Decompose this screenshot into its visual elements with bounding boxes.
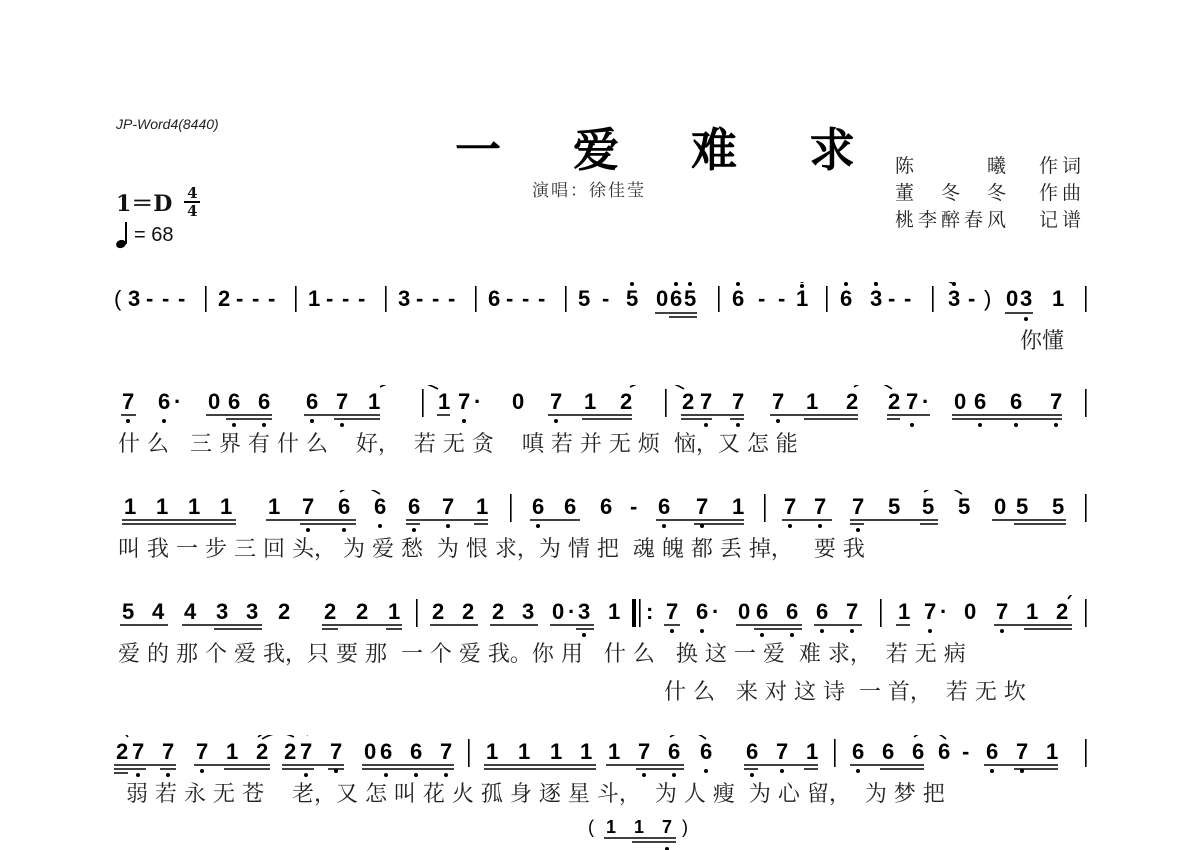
credit-role: 作曲 [1039,180,1085,207]
svg-text:-: - [758,286,765,311]
svg-text:5: 5 [684,286,696,311]
svg-text:5: 5 [626,286,638,311]
svg-text:-: - [888,286,895,311]
svg-text:-: - [236,286,243,311]
svg-text:(: ( [588,817,594,837]
svg-text:7: 7 [440,739,452,764]
svg-text:6: 6 [410,739,422,764]
svg-text:7: 7 [1050,389,1062,414]
svg-text:6: 6 [668,739,680,764]
svg-text:7: 7 [852,494,864,519]
svg-text:2: 2 [116,739,128,764]
svg-text:7: 7 [732,389,744,414]
credit-name: 桃李醉春风 [895,207,1010,234]
svg-text:1: 1 [584,389,596,414]
svg-text:): ) [984,286,991,311]
lyric-line-1: 你懂 [1020,324,1064,355]
svg-text:-: - [326,286,333,311]
svg-text:1: 1 [806,739,818,764]
svg-text:1: 1 [806,389,818,414]
svg-text:6: 6 [700,739,712,764]
svg-text:0: 0 [208,389,220,414]
svg-text:6: 6 [732,286,744,311]
svg-text:3: 3 [578,599,590,624]
svg-text:3: 3 [948,286,960,311]
svg-text:1: 1 [634,817,644,837]
svg-text:7: 7 [772,389,784,414]
svg-text:0: 0 [964,599,976,624]
lyric-line-4-verse-2: 什 么 来 对 这 诗 一 首， 若 无 坎 [664,675,1026,706]
svg-text:6: 6 [600,494,612,519]
time-sig-bottom: 4 [187,204,197,218]
svg-text:6: 6 [658,494,670,519]
svg-text:1: 1 [388,599,400,624]
svg-text:·: · [174,389,181,414]
svg-text:1: 1 [1052,286,1064,311]
key-label: 1＝D [116,187,172,218]
credit-role: 作词 [1039,153,1085,180]
svg-text:1: 1 [188,494,200,519]
svg-text:-: - [448,286,455,311]
credit-name: 陈 曦 [895,153,1010,180]
svg-text:6: 6 [696,599,708,624]
svg-text:7: 7 [442,494,454,519]
svg-text:6: 6 [912,739,924,764]
svg-text:7: 7 [700,389,712,414]
svg-text:6: 6 [840,286,852,311]
svg-text:2: 2 [356,599,368,624]
svg-text:1: 1 [308,286,320,311]
svg-text:2: 2 [256,739,268,764]
time-signature: 4 4 [184,186,200,218]
svg-text:2: 2 [492,599,504,624]
staff-line-3: 1111 176 6671 666- 671 7775 55 055 [112,490,1092,570]
svg-text:1: 1 [898,599,910,624]
svg-text:6: 6 [564,494,576,519]
svg-text:0: 0 [738,599,750,624]
lyric-line-5: 弱 若 永 无 苍 老，又 怎 叫 花 火 孤 身 逐 星 斗， 为 人 瘦 为… [126,777,945,808]
svg-text:-: - [342,286,349,311]
svg-text:1: 1 [608,739,620,764]
svg-text:3: 3 [398,286,410,311]
svg-text:7: 7 [458,389,470,414]
svg-text:-: - [630,494,637,519]
svg-text:5: 5 [922,494,934,519]
svg-text:2: 2 [846,389,858,414]
svg-text:2: 2 [1056,599,1068,624]
svg-text:7: 7 [336,389,348,414]
svg-text:7: 7 [776,739,788,764]
tempo-value: = 68 [134,224,173,247]
svg-text:3: 3 [870,286,882,311]
svg-text:1: 1 [476,494,488,519]
svg-text:3: 3 [246,599,258,624]
credit-name: 董 冬 冬 [895,180,1010,207]
svg-text:7: 7 [550,389,562,414]
tempo-marking: = 68 [116,222,173,248]
svg-text:6: 6 [374,494,386,519]
svg-text:7: 7 [666,599,678,624]
notation-line-1: ( 3--- 2--- 1--- 3--- 6--- 5-5 065 6--1 … [112,282,1092,362]
svg-text:0: 0 [994,494,1006,519]
svg-text:7: 7 [300,739,312,764]
svg-text:2: 2 [324,599,336,624]
svg-text:7: 7 [696,494,708,519]
svg-text:·: · [712,599,719,624]
svg-text:2: 2 [682,389,694,414]
svg-text:-: - [268,286,275,311]
svg-text:5: 5 [958,494,970,519]
svg-text:(: ( [114,286,122,311]
staff-line-2: 76· 066 671 17· 0712 277 712 27· 0667 [112,385,1092,465]
svg-text:6: 6 [756,599,768,624]
svg-text:6: 6 [1010,389,1022,414]
svg-text:-: - [252,286,259,311]
staff-line-5: 277 712 277 0667 1111 176 6 671 6666 - 6… [112,735,1092,850]
quarter-note-icon [116,222,130,248]
svg-text:7: 7 [924,599,936,624]
svg-text:2: 2 [432,599,444,624]
svg-text:0: 0 [512,389,524,414]
svg-text:-: - [778,286,785,311]
svg-text:6: 6 [974,389,986,414]
svg-text:1: 1 [518,739,530,764]
svg-text:1: 1 [220,494,232,519]
svg-text:6: 6 [786,599,798,624]
svg-text:6: 6 [488,286,500,311]
staff-line-1: ( 3--- 2--- 1--- 3--- 6--- 5-5 065 6--1 … [112,282,1092,362]
svg-text:·: · [922,389,929,414]
svg-text:6: 6 [532,494,544,519]
svg-text:6: 6 [380,739,392,764]
svg-text:7: 7 [1016,739,1028,764]
svg-text:6: 6 [852,739,864,764]
svg-text:5: 5 [1052,494,1064,519]
svg-text:5: 5 [122,599,134,624]
svg-text:-: - [506,286,513,311]
svg-text:·: · [940,599,947,624]
time-sig-top: 4 [187,186,197,200]
svg-text:4: 4 [184,599,197,624]
svg-text:6: 6 [408,494,420,519]
svg-text::: : [646,599,653,624]
svg-text:7: 7 [846,599,858,624]
lyric-line-2: 什 么 三 界 有 什 么 好， 若 无 贪 嗔 若 并 无 烦 恼，又 怎 能 [118,427,798,458]
svg-text:5: 5 [1016,494,1028,519]
svg-text:7: 7 [122,389,134,414]
alternate-notes: ( 117 ) [588,815,708,850]
svg-text:-: - [962,739,969,764]
svg-text:7: 7 [162,739,174,764]
svg-text:3: 3 [522,599,534,624]
svg-text:7: 7 [196,739,208,764]
svg-text:6: 6 [938,739,950,764]
svg-text:5: 5 [578,286,590,311]
svg-text:1: 1 [226,739,238,764]
svg-text:1: 1 [796,286,808,311]
svg-text:-: - [162,286,169,311]
svg-text:7: 7 [662,817,672,837]
svg-text:0: 0 [552,599,564,624]
song-title: 一 爱 难 求 [455,114,883,180]
svg-text:1: 1 [1026,599,1038,624]
svg-text:·: · [568,599,575,624]
svg-text:2: 2 [284,739,296,764]
svg-text:-: - [146,286,153,311]
svg-text:-: - [522,286,529,311]
svg-text:7: 7 [784,494,796,519]
svg-text:6: 6 [228,389,240,414]
svg-text:1: 1 [550,739,562,764]
svg-text:-: - [904,286,911,311]
svg-text:2: 2 [278,599,290,624]
svg-text:7: 7 [132,739,144,764]
svg-text:-: - [358,286,365,311]
svg-text:1: 1 [268,494,280,519]
svg-text:1: 1 [124,494,136,519]
svg-text:1: 1 [368,389,380,414]
svg-text:1: 1 [608,599,620,624]
svg-text:0: 0 [656,286,668,311]
software-label: JP-Word4(8440) [116,116,219,132]
svg-text:1: 1 [732,494,744,519]
lyric-line-3: 叫 我 一 步 三 回 头， 为 爱 愁 为 恨 求，为 情 把 魂 魄 都 丢… [118,532,865,563]
svg-text:6: 6 [670,286,682,311]
svg-text:2: 2 [620,389,632,414]
credit-composer: 董 冬 冬 作曲 [895,180,1085,207]
svg-text:7: 7 [330,739,342,764]
svg-text:1: 1 [156,494,168,519]
svg-text:-: - [178,286,185,311]
svg-text:0: 0 [954,389,966,414]
svg-text:6: 6 [258,389,270,414]
svg-text:-: - [432,286,439,311]
svg-text:2: 2 [218,286,230,311]
svg-text:7: 7 [638,739,650,764]
svg-text:6: 6 [158,389,170,414]
svg-text:6: 6 [816,599,828,624]
svg-text:7: 7 [996,599,1008,624]
svg-text:2: 2 [888,389,900,414]
lyric-line-4-verse-1: 爱 的 那 个 爱 我，只 要 那 一 个 爱 我。你 用 什 么 换 这 一 … [118,637,966,668]
svg-text:3: 3 [128,286,140,311]
svg-text:): ) [682,817,688,837]
svg-text:1: 1 [438,389,450,414]
key-signature: 1＝D 4 4 [116,186,200,218]
svg-text:2: 2 [462,599,474,624]
credits-block: 陈 曦 作词 董 冬 冬 作曲 桃李醉春风 记谱 [895,153,1085,234]
svg-text:6: 6 [882,739,894,764]
credit-transcriber: 桃李醉春风 记谱 [895,207,1085,234]
credit-lyricist: 陈 曦 作词 [895,153,1085,180]
svg-text:1: 1 [606,817,616,837]
svg-text:7: 7 [906,389,918,414]
svg-text:-: - [602,286,609,311]
svg-text:1: 1 [1046,739,1058,764]
svg-text:-: - [416,286,423,311]
svg-text:-: - [968,286,975,311]
svg-text:7: 7 [302,494,314,519]
singer-label: 演唱：徐佳莹 [532,176,646,201]
svg-text:-: - [538,286,545,311]
svg-text:5: 5 [888,494,900,519]
staff-line-4: 54433 2221 2223 0·31 : 76· 066 67 17·0 7… [112,595,1092,705]
svg-text:6: 6 [986,739,998,764]
svg-text:0: 0 [1006,286,1018,311]
svg-text:7: 7 [814,494,826,519]
svg-text:·: · [474,389,481,414]
svg-text:0: 0 [364,739,376,764]
svg-text:3: 3 [216,599,228,624]
svg-text:3: 3 [1020,286,1032,311]
svg-text:6: 6 [338,494,350,519]
svg-text:4: 4 [152,599,165,624]
svg-text:1: 1 [486,739,498,764]
svg-text:6: 6 [746,739,758,764]
svg-text:6: 6 [306,389,318,414]
svg-text:1: 1 [580,739,592,764]
credit-role: 记谱 [1039,207,1085,234]
